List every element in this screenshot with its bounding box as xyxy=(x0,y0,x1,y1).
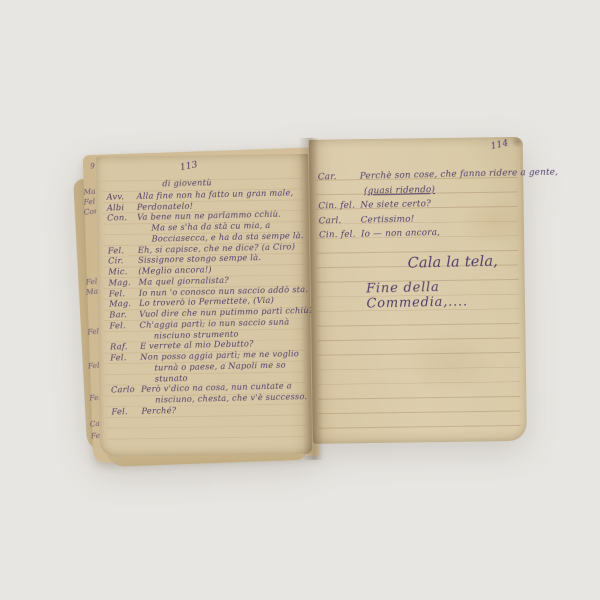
speaker-label: Mic. xyxy=(108,266,138,277)
speaker-label: Avv. xyxy=(106,191,136,202)
speaker-label: Cin. fel. xyxy=(318,199,360,214)
speaker-label: Bar. xyxy=(109,309,139,320)
speaker-label: Fel. xyxy=(111,406,141,417)
line-text: Io — non ancora, xyxy=(361,226,440,242)
speaker-label xyxy=(107,234,137,245)
finale-note: Fine della Commedia,.... xyxy=(366,279,518,311)
speaker-label xyxy=(110,363,140,374)
line-text: Perché? xyxy=(141,405,176,417)
speaker-label: Fel. xyxy=(109,320,139,331)
speaker-label: Fel. xyxy=(108,244,138,255)
speaker-label xyxy=(318,184,360,199)
speaker-label: Cin. fel. xyxy=(319,228,361,243)
right-page-text: Car.Perchè son cose, che fanno ridere a … xyxy=(318,166,518,312)
speaker-label: Fel. xyxy=(109,287,139,298)
notebook-photo: 9 Ma Fel Con Fel Ma Fel Fel Fel Carlo Fe… xyxy=(0,0,600,600)
speaker-label: Mag. xyxy=(109,298,139,309)
speaker-label: Carlo xyxy=(111,384,141,395)
page-number-right: 114 xyxy=(490,138,510,152)
speaker-label xyxy=(111,373,141,384)
line-text: (quasi ridendo) xyxy=(360,183,435,199)
line-text: Certissimo! xyxy=(361,212,415,228)
speaker-label: Albi xyxy=(107,201,137,212)
speaker-label: Mag. xyxy=(108,277,138,288)
page-number-left: 113 xyxy=(179,160,198,173)
speaker-label: Carl. xyxy=(319,213,361,228)
speaker-label: Raf. xyxy=(110,341,140,352)
speaker-label xyxy=(107,223,137,234)
left-page-text: di gioventù Avv.Alla fine non ha fatto u… xyxy=(106,175,304,417)
left-page: 113 di gioventù Avv.Alla fine non ha fat… xyxy=(96,154,312,457)
speaker-label: Fel. xyxy=(110,352,140,363)
line-text: Perchè son cose, che fanno ridere a gent… xyxy=(360,165,559,184)
speaker-label: Cir. xyxy=(108,255,138,266)
curtain-note: Cala la tela, xyxy=(407,253,516,272)
speaker-label: Car. xyxy=(318,170,360,185)
right-page: 114 Car.Perchè son cose, che fanno rider… xyxy=(309,137,527,444)
line-text: Ne siete certo? xyxy=(360,197,431,213)
speaker-label xyxy=(111,395,141,406)
script-line: Cin. fel.Io — non ancora, xyxy=(319,225,516,244)
speaker-label xyxy=(110,330,140,341)
speaker-label: Con. xyxy=(107,212,137,223)
open-book: 9 Ma Fel Con Fel Ma Fel Fel Fel Carlo Fe… xyxy=(66,125,533,483)
